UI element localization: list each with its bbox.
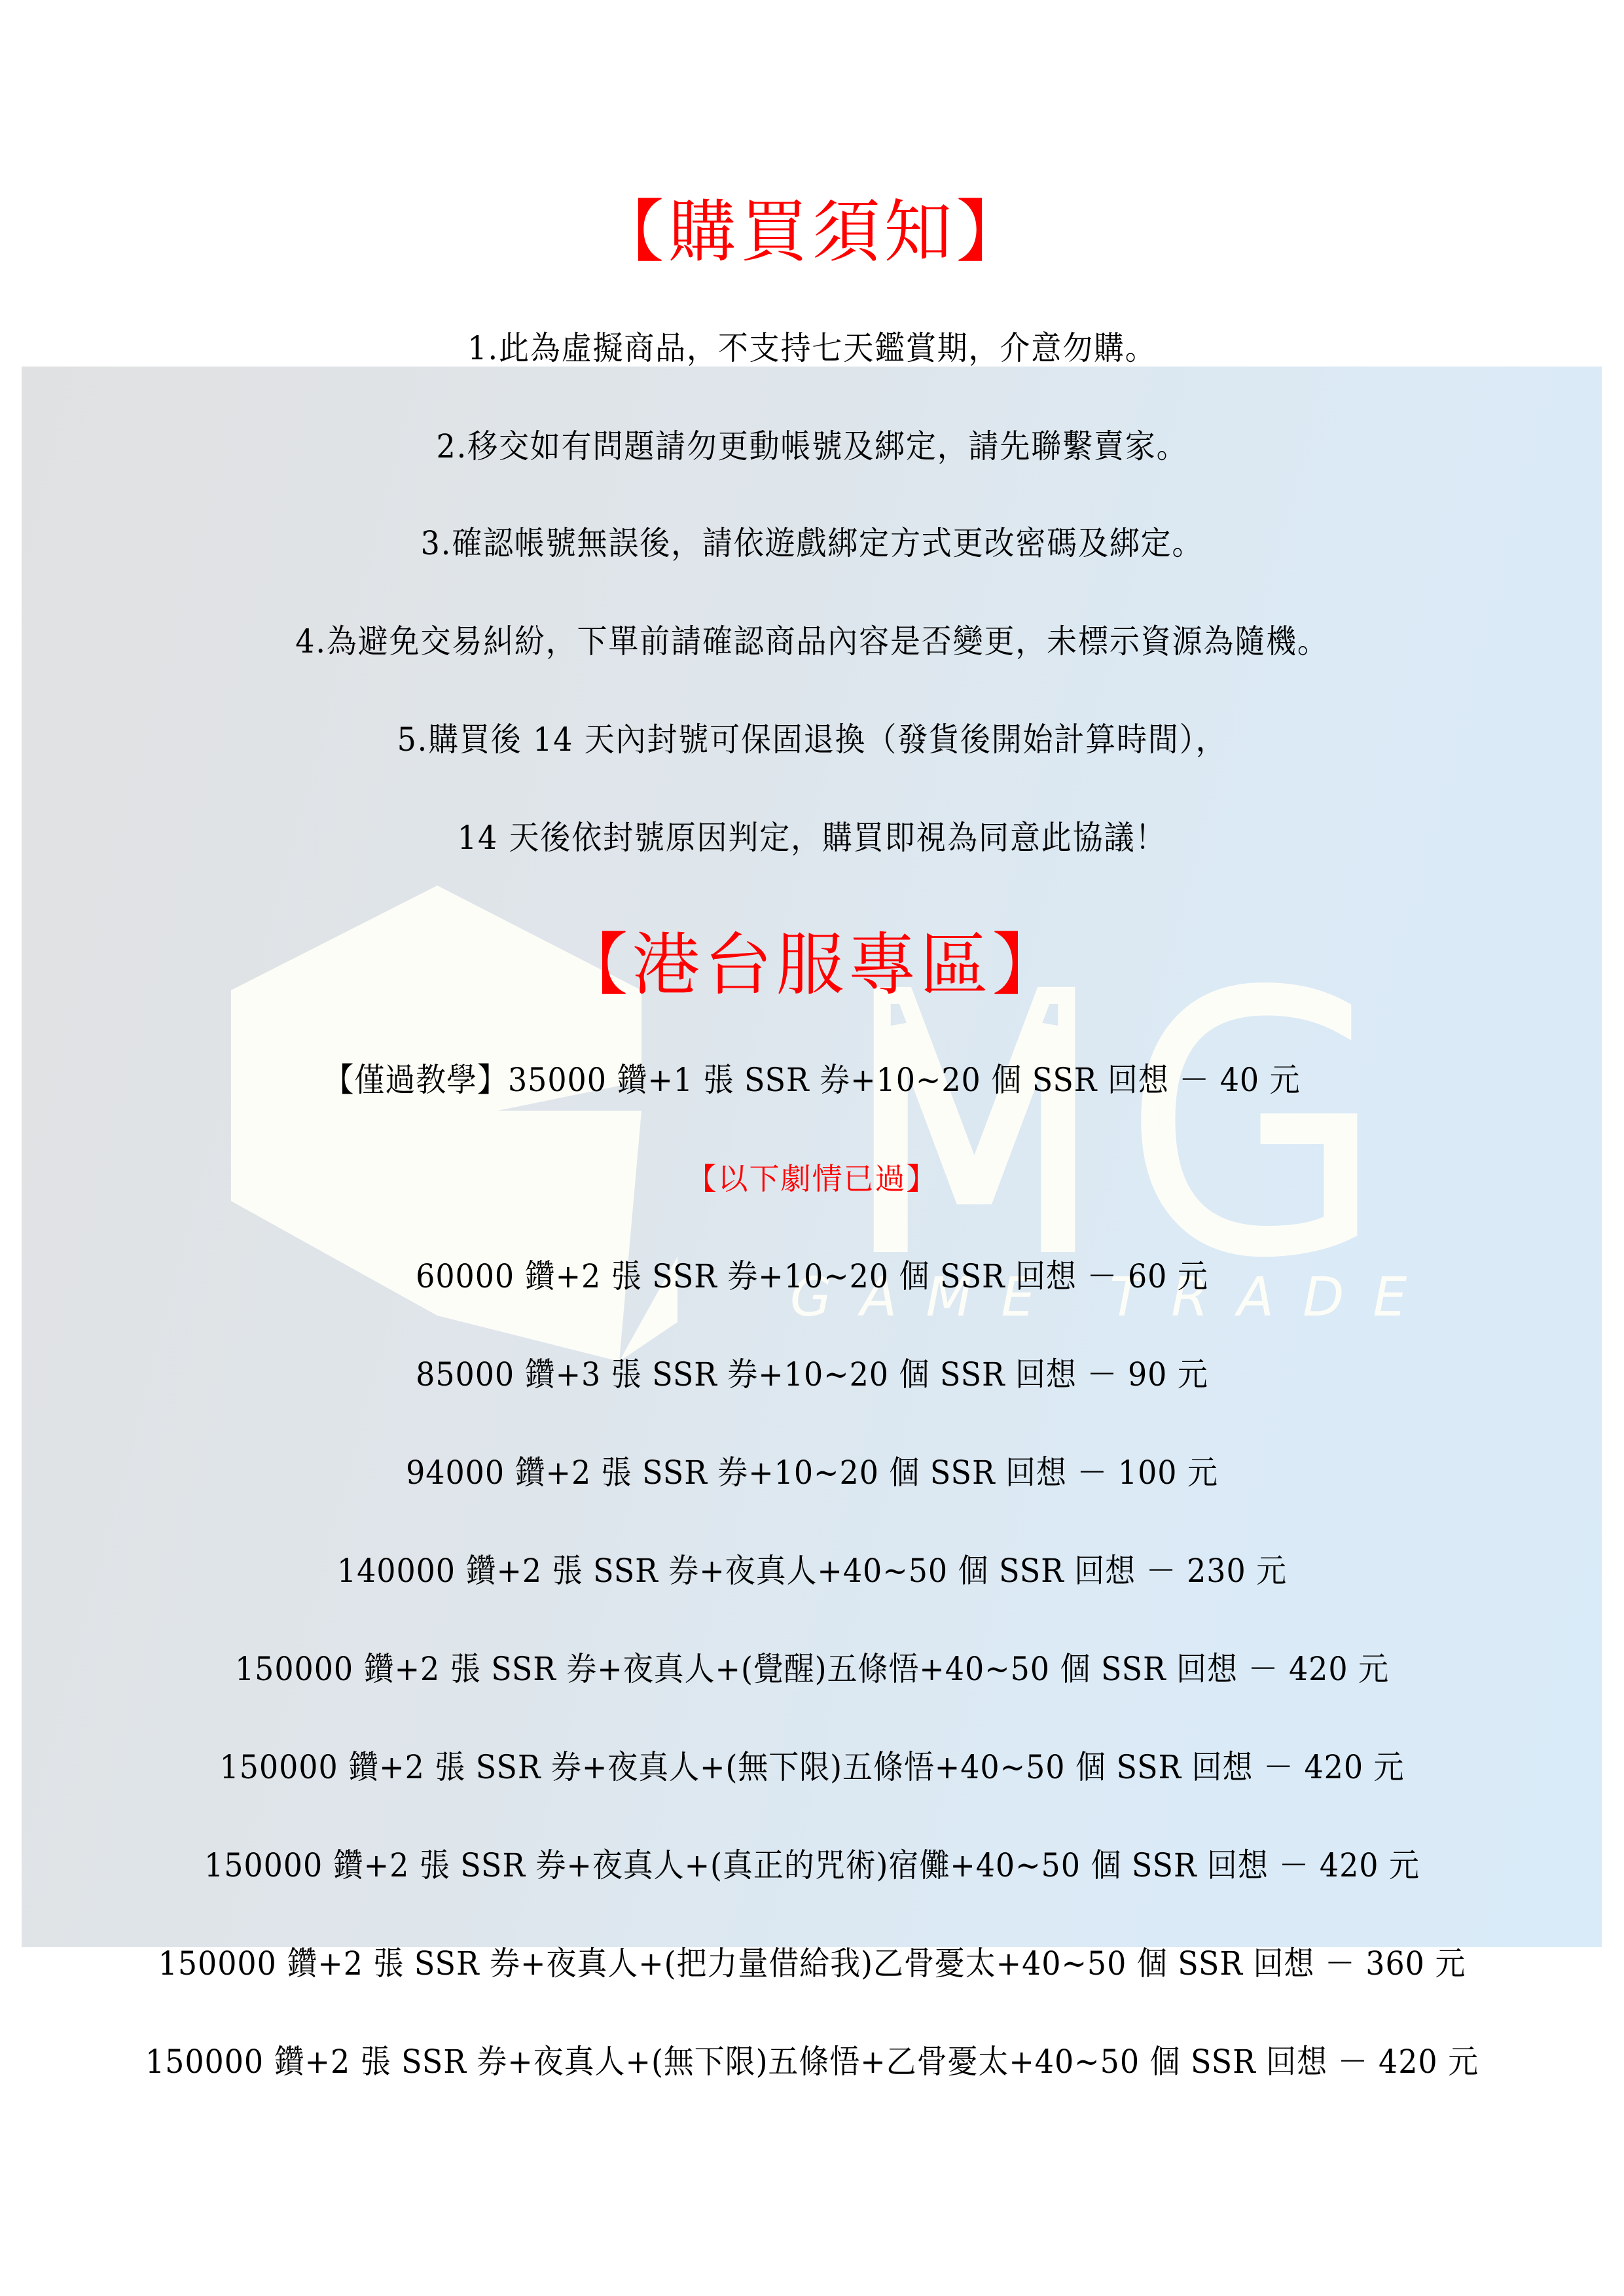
product-item: 150000 鑽+2 張 SSR 券+夜真人+(無下限)五條悟+40~50 個 … xyxy=(65,1741,1559,1788)
notice-item-3: 3.確認帳號無誤後，請依遊戲綁定方式更改密碼及綁定。 xyxy=(65,517,1559,564)
notice-item-4: 4.為避免交易糾紛，下單前請確認商品內容是否變更，未標示資源為隨機。 xyxy=(65,615,1559,662)
notice-item-6: 14 天後依封號原因判定，購買即視為同意此協議！ xyxy=(65,812,1559,859)
product-item: 140000 鑽+2 張 SSR 券+夜真人+40~50 個 SSR 回想 － … xyxy=(65,1545,1559,1592)
product-item: 150000 鑽+2 張 SSR 券+夜真人+(覺醒)五條悟+40~50 個 S… xyxy=(65,1643,1559,1690)
product-item: 150000 鑽+2 張 SSR 券+夜真人+(無下限)五條悟+乙骨憂太+40~… xyxy=(65,2036,1559,2083)
product-item: 150000 鑽+2 張 SSR 券+夜真人+(真正的咒術)宿儺+40~50 個… xyxy=(65,1839,1559,1886)
product-item: 94000 鑽+2 張 SSR 券+10~20 個 SSR 回想 － 100 元 xyxy=(65,1446,1559,1494)
tutorial-product-item: 【僅過教學】35000 鑽+1 張 SSR 券+10~20 個 SSR 回想 －… xyxy=(65,1054,1559,1101)
notice-item-1: 1.此為虛擬商品，不支持七天鑑賞期，介意勿購。 xyxy=(65,322,1559,369)
notice-item-2: 2.移交如有問題請勿更動帳號及綁定，請先聯繫賣家。 xyxy=(65,420,1559,467)
notice-item-5: 5.購買後 14 天內封號可保固退換（發貨後開始計算時間）， xyxy=(65,713,1559,761)
story-cleared-subheading: 【以下劇情已過】 xyxy=(0,1155,1624,1198)
product-item: 60000 鑽+2 張 SSR 券+10~20 個 SSR 回想 － 60 元 xyxy=(65,1250,1559,1297)
hk-tw-section-title: 【港台服專區】 xyxy=(0,910,1624,1008)
product-item: 85000 鑽+3 張 SSR 券+10~20 個 SSR 回想 － 90 元 xyxy=(65,1348,1559,1395)
purchase-notice-title: 【購買須知】 xyxy=(0,177,1624,275)
product-item: 150000 鑽+2 張 SSR 券+夜真人+(把力量借給我)乙骨憂太+40~5… xyxy=(65,1937,1559,1984)
